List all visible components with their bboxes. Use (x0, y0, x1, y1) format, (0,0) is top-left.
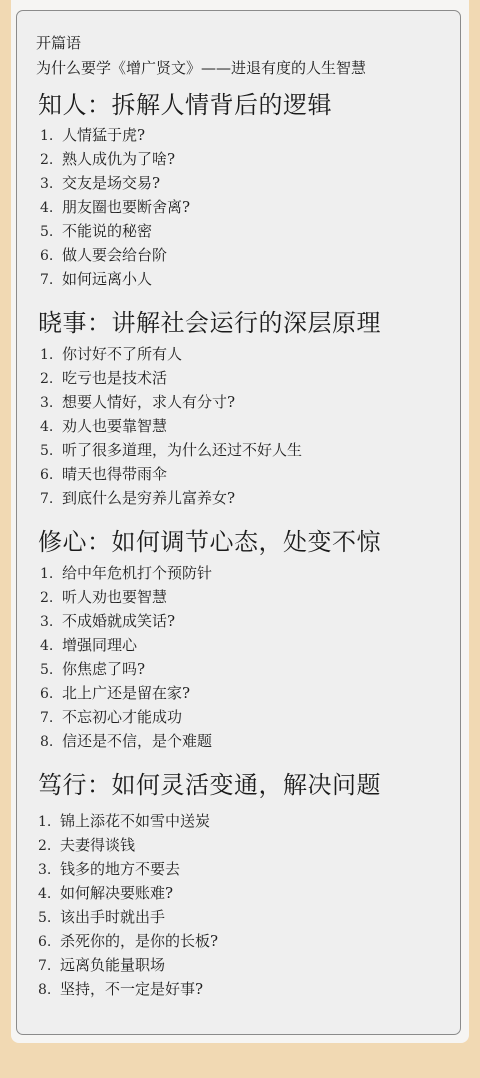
list-item: 4.如何解决要账难? (38, 886, 173, 901)
item-text: 听人劝也要智慧 (62, 590, 167, 605)
list-item: 2.熟人成仇为了啥? (40, 152, 175, 167)
item-text: 做人要会给台阶 (62, 248, 167, 263)
item-number: 5. (38, 911, 60, 925)
item-number: 5. (40, 225, 62, 239)
item-number: 7. (40, 711, 62, 725)
item-number: 4. (40, 420, 62, 434)
list-item: 4.增强同理心 (40, 638, 137, 653)
item-text: 如何解决要账难? (60, 886, 173, 901)
list-item: 3.钱多的地方不要去 (38, 862, 180, 877)
item-number: 7. (38, 959, 60, 973)
list-item: 2.夫妻得谈钱 (38, 838, 135, 853)
list-item: 8.坚持，不一定是好事? (38, 982, 203, 997)
item-number: 8. (38, 983, 60, 997)
list-item: 5.你焦虑了吗? (40, 662, 145, 677)
item-text: 不能说的秘密 (62, 224, 152, 239)
item-text: 如何远离小人 (62, 272, 152, 287)
item-text: 人情猛于虎? (62, 128, 145, 143)
item-text: 坚持，不一定是好事? (60, 982, 203, 997)
item-text: 晴天也得带雨伞 (62, 467, 167, 482)
list-item: 1.你讨好不了所有人 (40, 347, 182, 362)
list-item: 7.远离负能量职场 (38, 958, 165, 973)
item-number: 2. (40, 372, 62, 386)
list-item: 6.做人要会给台阶 (40, 248, 167, 263)
item-text: 给中年危机打个预防针 (62, 566, 212, 581)
item-text: 增强同理心 (62, 638, 137, 653)
item-number: 1. (40, 567, 62, 581)
item-number: 2. (38, 839, 60, 853)
item-text: 信还是不信，是个难题 (62, 734, 212, 749)
list-item: 7.不忘初心才能成功 (40, 710, 182, 725)
section-heading: 修心：如何调节心态，处变不惊 (38, 530, 381, 554)
item-text: 夫妻得谈钱 (60, 838, 135, 853)
list-item: 3.不成婚就成笑话? (40, 614, 175, 629)
item-number: 5. (40, 444, 62, 458)
item-number: 3. (40, 177, 62, 191)
item-number: 4. (38, 887, 60, 901)
item-number: 3. (38, 863, 60, 877)
item-number: 7. (40, 273, 62, 287)
item-number: 5. (40, 663, 62, 677)
intro-subtitle: 为什么要学《增广贤文》——进退有度的人生智慧 (36, 61, 366, 76)
list-item: 5.该出手时就出手 (38, 910, 165, 925)
item-number: 6. (40, 687, 62, 701)
list-item: 2.吃亏也是技术活 (40, 371, 167, 386)
item-number: 2. (40, 153, 62, 167)
list-item: 5.听了很多道理，为什么还过不好人生 (40, 443, 302, 458)
list-item: 3.交友是场交易? (40, 176, 160, 191)
item-text: 劝人也要靠智慧 (62, 419, 167, 434)
item-text: 朋友圈也要断舍离? (62, 200, 190, 215)
list-item: 3.想要人情好，求人有分寸? (40, 395, 235, 410)
item-number: 3. (40, 396, 62, 410)
list-item: 2.听人劝也要智慧 (40, 590, 167, 605)
list-item: 8.信还是不信，是个难题 (40, 734, 212, 749)
list-item: 1.给中年危机打个预防针 (40, 566, 212, 581)
section-heading: 晓事：讲解社会运行的深层原理 (38, 311, 381, 335)
list-item: 1.锦上添花不如雪中送炭 (38, 814, 210, 829)
list-item: 4.劝人也要靠智慧 (40, 419, 167, 434)
item-text: 到底什么是穷养儿富养女? (62, 491, 235, 506)
item-text: 不忘初心才能成功 (62, 710, 182, 725)
item-text: 钱多的地方不要去 (60, 862, 180, 877)
item-number: 6. (40, 468, 62, 482)
list-item: 6.杀死你的，是你的长板? (38, 934, 218, 949)
item-number: 4. (40, 201, 62, 215)
list-item: 5.不能说的秘密 (40, 224, 152, 239)
list-item: 6.晴天也得带雨伞 (40, 467, 167, 482)
item-text: 锦上添花不如雪中送炭 (60, 814, 210, 829)
intro-label: 开篇语 (36, 36, 81, 51)
list-item: 7.如何远离小人 (40, 272, 152, 287)
list-item: 4.朋友圈也要断舍离? (40, 200, 190, 215)
item-number: 1. (40, 348, 62, 362)
item-text: 杀死你的，是你的长板? (60, 934, 218, 949)
item-text: 你焦虑了吗? (62, 662, 145, 677)
section-heading: 知人：拆解人情背后的逻辑 (38, 93, 332, 117)
item-text: 熟人成仇为了啥? (62, 152, 175, 167)
item-number: 2. (40, 591, 62, 605)
item-text: 北上广还是留在家? (62, 686, 190, 701)
item-text: 想要人情好，求人有分寸? (62, 395, 235, 410)
item-number: 8. (40, 735, 62, 749)
item-number: 7. (40, 492, 62, 506)
item-text: 该出手时就出手 (60, 910, 165, 925)
item-number: 1. (38, 815, 60, 829)
item-text: 你讨好不了所有人 (62, 347, 182, 362)
list-item: 1.人情猛于虎? (40, 128, 145, 143)
list-item: 7.到底什么是穷养儿富养女? (40, 491, 235, 506)
item-text: 交友是场交易? (62, 176, 160, 191)
item-text: 吃亏也是技术活 (62, 371, 167, 386)
item-number: 6. (38, 935, 60, 949)
item-number: 1. (40, 129, 62, 143)
item-number: 6. (40, 249, 62, 263)
item-text: 听了很多道理，为什么还过不好人生 (62, 443, 302, 458)
item-text: 远离负能量职场 (60, 958, 165, 973)
list-item: 6.北上广还是留在家? (40, 686, 190, 701)
section-heading: 笃行：如何灵活变通，解决问题 (38, 773, 381, 797)
item-number: 3. (40, 615, 62, 629)
item-number: 4. (40, 639, 62, 653)
item-text: 不成婚就成笑话? (62, 614, 175, 629)
